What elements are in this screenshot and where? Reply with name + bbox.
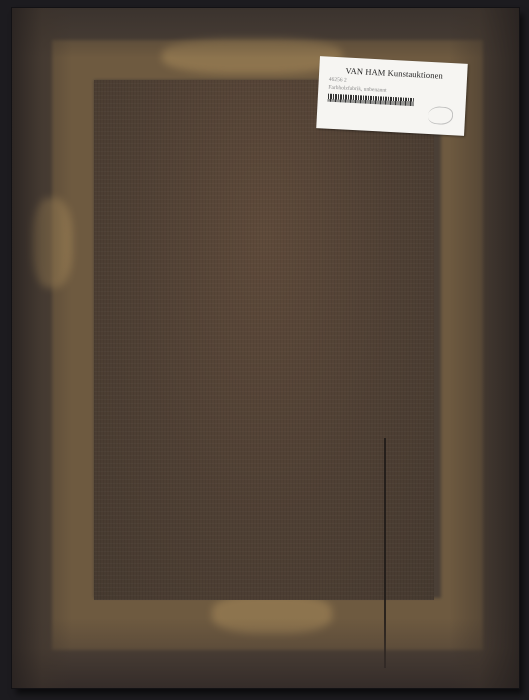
auction-label: VAN HAM Kunstauktionen 46256 2 Farbholzf…: [316, 56, 468, 136]
handwritten-mark: [428, 106, 454, 125]
barcode-icon: [328, 94, 414, 106]
